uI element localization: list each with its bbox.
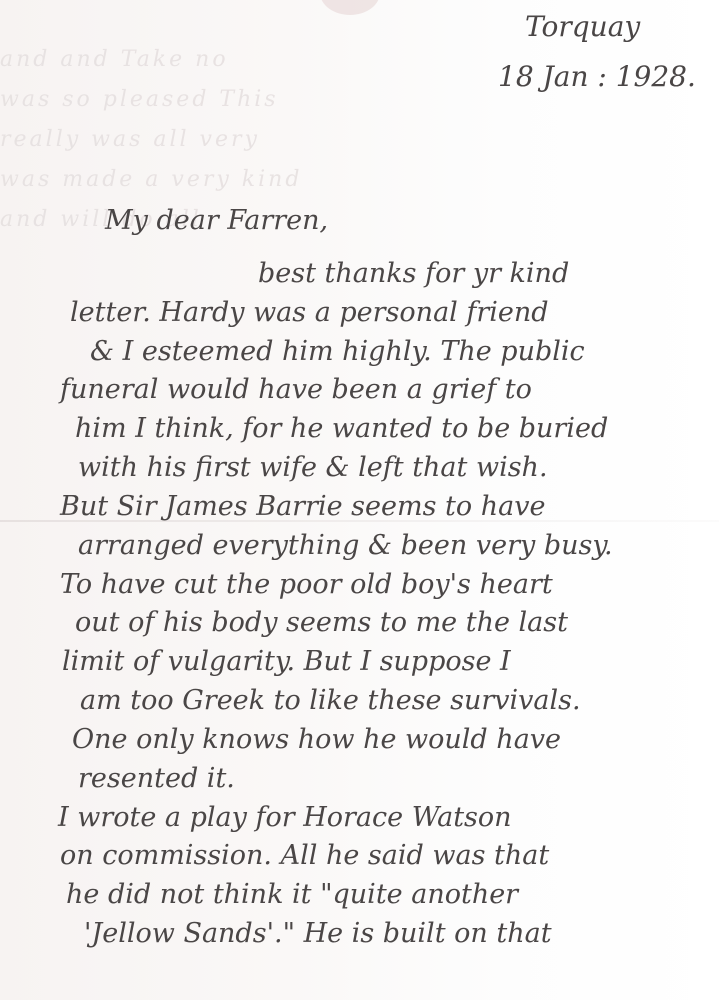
letter-line: & I esteemed him highly. The public (90, 336, 585, 367)
letter-line: To have cut the poor old boy's heart (60, 569, 553, 600)
letter-line: with his first wife & left that wish. (78, 452, 548, 483)
letter-salutation: My dear Farren, (105, 205, 328, 236)
bleed-line: really was all very (0, 120, 340, 160)
letter-line: he did not think it "quite another (66, 879, 518, 910)
letter-date: 18 Jan : 1928. (498, 60, 696, 93)
letter-line: funeral would have been a grief to (60, 374, 532, 405)
bleed-line: and and Take no (0, 40, 340, 80)
letter-line: 'Jellow Sands'." He is built on that (84, 918, 552, 949)
letter-line: best thanks for yr kind (258, 258, 569, 289)
letter-line: But Sir James Barrie seems to have (60, 491, 545, 522)
letter-line: limit of vulgarity. But I suppose I (62, 646, 511, 677)
letter-line: am too Greek to like these survivals. (80, 685, 581, 716)
letter-line: I wrote a play for Horace Watson (58, 802, 512, 833)
letter-line: One only knows how he would have (72, 724, 561, 755)
letter-line: arranged everything & been very busy. (78, 530, 613, 561)
letter-line: him I think, for he wanted to be buried (75, 413, 608, 444)
letter-line: letter. Hardy was a personal friend (70, 297, 549, 328)
letter-line: out of his body seems to me the last (75, 607, 568, 638)
bleed-line: was so pleased This (0, 80, 340, 120)
letter-place: Torquay (525, 10, 640, 43)
letter-line: on commission. All he said was that (60, 840, 549, 871)
bleed-line: was made a very kind (0, 160, 340, 200)
letter-line: resented it. (78, 763, 235, 794)
